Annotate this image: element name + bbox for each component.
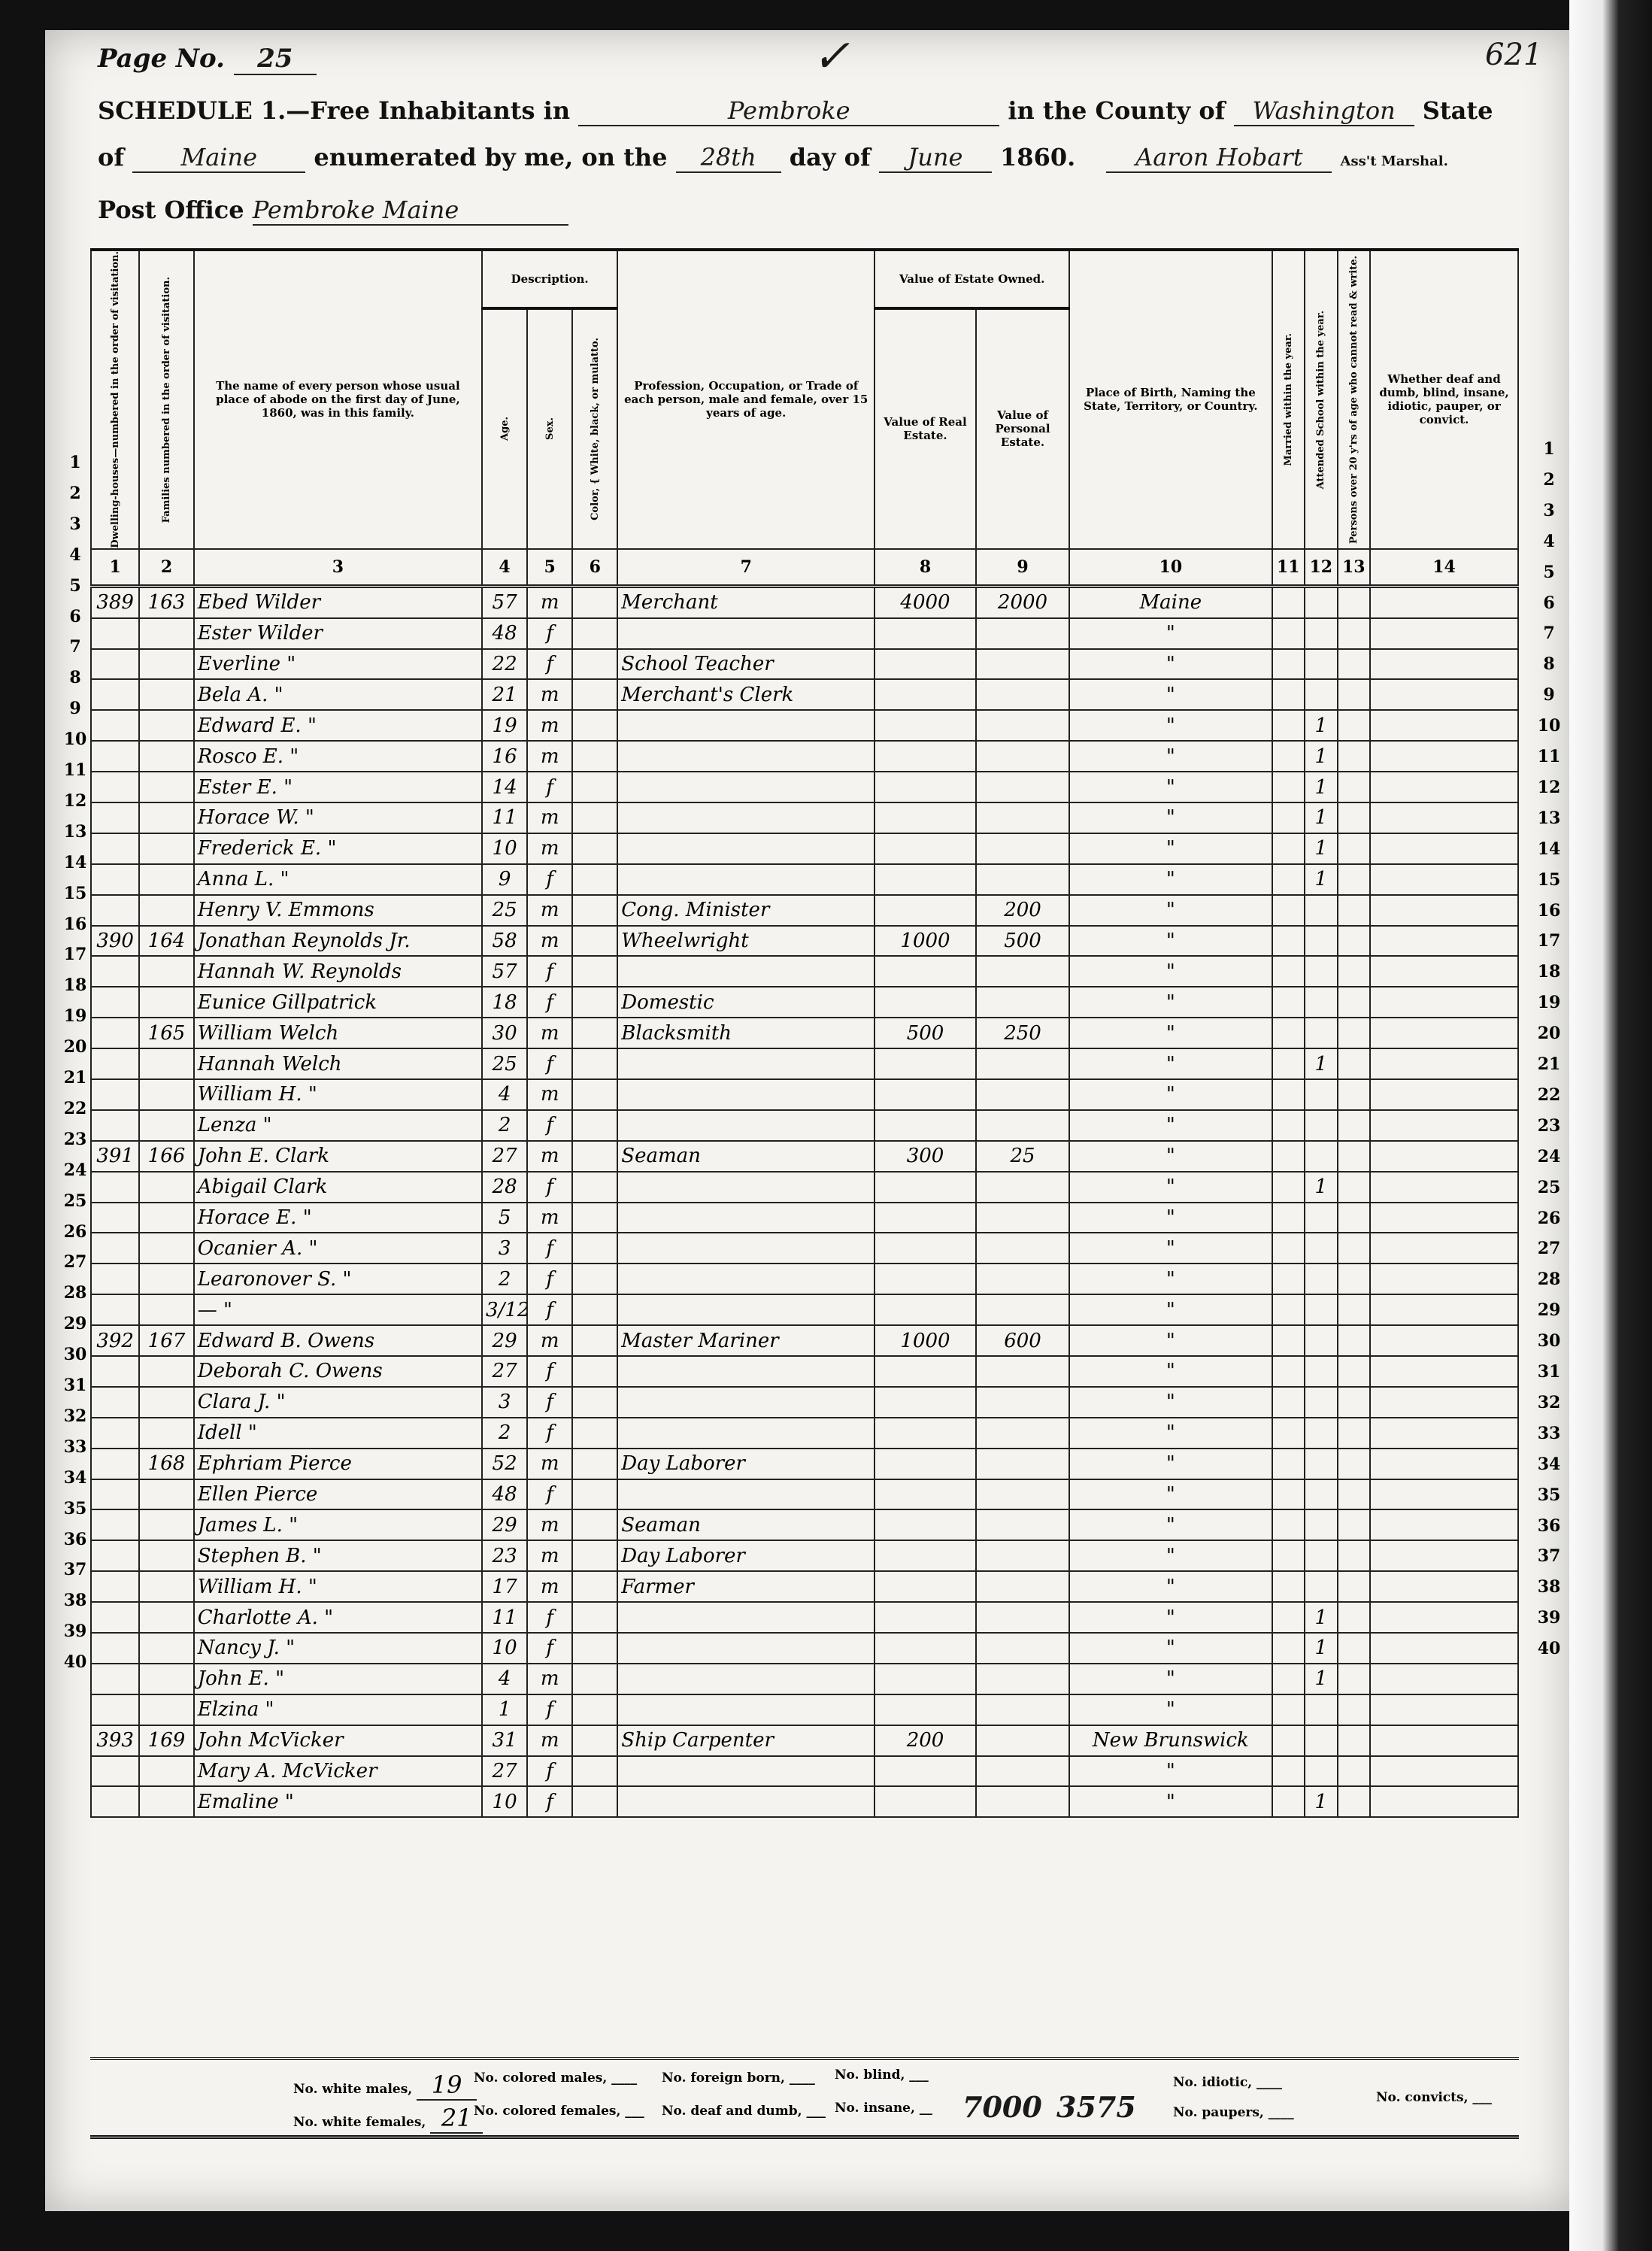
line-number: 11: [60, 760, 90, 780]
person-name: John McVicker: [194, 1725, 482, 1756]
attended-school: [1305, 1449, 1338, 1479]
cannot-read-write: [1338, 1418, 1371, 1449]
age: 25: [482, 1048, 527, 1079]
color: [572, 1571, 617, 1602]
paupers-total: No. paupers, ____: [1173, 2105, 1294, 2120]
family-number: [139, 1203, 194, 1233]
line-number: 37: [60, 1560, 90, 1579]
line-number: 34: [60, 1468, 90, 1488]
table-row: Ocanier A. "3f": [91, 1233, 1518, 1264]
sex: f: [527, 1294, 572, 1325]
col-header-birthplace: Place of Birth, Naming the State, Territ…: [1069, 250, 1272, 549]
dwelling-number: [91, 1048, 139, 1079]
condition: [1370, 741, 1518, 772]
attended-school: [1305, 1233, 1338, 1264]
sex: m: [527, 926, 572, 957]
table-row: 165William Welch30mBlacksmith500250": [91, 1018, 1518, 1048]
col-num: 5: [527, 549, 572, 587]
birthplace: ": [1069, 618, 1272, 649]
col-header-school: Attended School within the year.: [1305, 250, 1338, 549]
col-header-color: Color, { White, black, or mulatto.: [572, 308, 617, 549]
occupation: Farmer: [617, 1571, 874, 1602]
condition: [1370, 802, 1518, 833]
personal-estate-value: 250: [976, 1018, 1069, 1048]
dwelling-number: [91, 1786, 139, 1817]
line-number: 36: [60, 1530, 90, 1549]
color: [572, 1048, 617, 1079]
sex: m: [527, 1725, 572, 1756]
color: [572, 710, 617, 741]
page-totals: No. white males, 19 No. white females, 2…: [90, 2057, 1519, 2139]
married-within-year: [1272, 1633, 1305, 1664]
birthplace: ": [1069, 802, 1272, 833]
occupation: [617, 1602, 874, 1633]
enumeration-line: of Maine enumerated by me, on the 28th d…: [98, 143, 1448, 173]
table-row: Mary A. McVicker27f": [91, 1756, 1518, 1787]
line-number: 26: [1534, 1209, 1564, 1228]
dwelling-number: [91, 1203, 139, 1233]
color: [572, 926, 617, 957]
color: [572, 1540, 617, 1571]
sex: f: [527, 956, 572, 987]
table-row: Frederick E. "10m"1: [91, 833, 1518, 864]
line-number: 23: [1534, 1116, 1564, 1136]
condition: [1370, 987, 1518, 1018]
line-number: 3: [1534, 501, 1564, 520]
color: [572, 987, 617, 1018]
occupation: [617, 1479, 874, 1510]
sex: f: [527, 1786, 572, 1817]
occupation: [617, 710, 874, 741]
married-within-year: [1272, 1786, 1305, 1817]
married-within-year: [1272, 1203, 1305, 1233]
cannot-read-write: [1338, 1172, 1371, 1203]
color: [572, 1325, 617, 1356]
person-name: Abigail Clark: [194, 1172, 482, 1203]
age: 3: [482, 1387, 527, 1418]
real-estate-value: [874, 956, 976, 987]
col-header-family: Families numbered in the order of visita…: [139, 250, 194, 549]
line-number: 31: [60, 1376, 90, 1395]
birthplace: ": [1069, 1356, 1272, 1387]
birthplace: ": [1069, 1048, 1272, 1079]
line-number: 4: [60, 545, 90, 565]
attended-school: 1: [1305, 1048, 1338, 1079]
birthplace: ": [1069, 1203, 1272, 1233]
table-row: Hannah Welch25f"1: [91, 1048, 1518, 1079]
occupation: [617, 1633, 874, 1664]
birthplace: ": [1069, 1449, 1272, 1479]
person-name: Eunice Gillpatrick: [194, 987, 482, 1018]
person-name: Edward B. Owens: [194, 1325, 482, 1356]
sex: m: [527, 679, 572, 710]
color: [572, 1264, 617, 1294]
color: [572, 741, 617, 772]
attended-school: [1305, 1018, 1338, 1048]
family-number: [139, 956, 194, 987]
birthplace: ": [1069, 710, 1272, 741]
convicts-total: No. convicts, ___: [1376, 2090, 1492, 2105]
line-number: 13: [1534, 808, 1564, 828]
person-name: Anna L. ": [194, 864, 482, 895]
table-row: John E. "4m"1: [91, 1664, 1518, 1694]
dwelling-number: [91, 1356, 139, 1387]
line-number: 33: [1534, 1424, 1564, 1443]
idiotic-total: No. idiotic, ____: [1173, 2075, 1282, 2090]
married-within-year: [1272, 586, 1305, 617]
cannot-read-write: [1338, 586, 1371, 617]
sex: m: [527, 1018, 572, 1048]
personal-estate-value: [976, 1786, 1069, 1817]
personal-estate-value: [976, 679, 1069, 710]
condition: [1370, 1141, 1518, 1172]
married-within-year: [1272, 1110, 1305, 1141]
birthplace: ": [1069, 741, 1272, 772]
line-number: 33: [60, 1437, 90, 1457]
family-number: [139, 1540, 194, 1571]
folio-stamp: 621: [1485, 38, 1542, 72]
cannot-read-write: [1338, 710, 1371, 741]
real-estate-value: [874, 1356, 976, 1387]
condition: [1370, 772, 1518, 802]
color: [572, 1664, 617, 1694]
cannot-read-write: [1338, 1387, 1371, 1418]
sex: f: [527, 1387, 572, 1418]
person-name: Everline ": [194, 649, 482, 680]
line-number: 35: [60, 1499, 90, 1518]
real-estate-value: [874, 1479, 976, 1510]
family-number: [139, 649, 194, 680]
age: 10: [482, 1786, 527, 1817]
occupation: Seaman: [617, 1509, 874, 1540]
family-number: [139, 1294, 194, 1325]
condition: [1370, 1786, 1518, 1817]
birthplace: ": [1069, 833, 1272, 864]
cannot-read-write: [1338, 679, 1371, 710]
group-header-description: Description.: [482, 250, 617, 308]
line-number: 38: [60, 1591, 90, 1610]
line-number: 27: [1534, 1239, 1564, 1258]
col-header-real-estate: Value of Real Estate.: [874, 308, 976, 549]
real-estate-value: [874, 1418, 976, 1449]
line-number: 39: [60, 1622, 90, 1641]
line-number: 27: [60, 1252, 90, 1272]
married-within-year: [1272, 1509, 1305, 1540]
sex: f: [527, 1633, 572, 1664]
married-within-year: [1272, 1664, 1305, 1694]
condition: [1370, 1664, 1518, 1694]
sex: f: [527, 1694, 572, 1725]
line-number: 20: [1534, 1024, 1564, 1043]
real-estate-value: [874, 1571, 976, 1602]
person-name: Mary A. McVicker: [194, 1756, 482, 1787]
line-number: 19: [1534, 993, 1564, 1012]
col-num: 11: [1272, 549, 1305, 587]
family-number: [139, 1233, 194, 1264]
cannot-read-write: [1338, 1048, 1371, 1079]
table-row: Henry V. Emmons25mCong. Minister200": [91, 895, 1518, 926]
color: [572, 1079, 617, 1110]
condition: [1370, 1449, 1518, 1479]
of-label: of: [98, 143, 124, 171]
line-number: 29: [1534, 1300, 1564, 1320]
attended-school: [1305, 618, 1338, 649]
real-estate-value: [874, 679, 976, 710]
family-number: [139, 1356, 194, 1387]
census-table: Dwelling-houses—numbered in the order of…: [90, 248, 1519, 1818]
color: [572, 1110, 617, 1141]
marshal-label: Ass't Marshal.: [1341, 153, 1448, 169]
line-number: 24: [1534, 1147, 1564, 1166]
dwelling-number: 390: [91, 926, 139, 957]
sex: f: [527, 1356, 572, 1387]
line-number: 1: [60, 453, 90, 472]
personal-estate-value: [976, 802, 1069, 833]
sex: f: [527, 1110, 572, 1141]
occupation: [617, 1756, 874, 1787]
col-num: 13: [1338, 549, 1371, 587]
line-number: 7: [60, 637, 90, 657]
condition: [1370, 1172, 1518, 1203]
color: [572, 1694, 617, 1725]
census-rows: 389163Ebed Wilder57mMerchant40002000Main…: [91, 586, 1518, 1817]
age: 21: [482, 679, 527, 710]
line-number: 31: [1534, 1362, 1564, 1382]
table-row: 391166John E. Clark27mSeaman30025": [91, 1141, 1518, 1172]
occupation: Merchant's Clerk: [617, 679, 874, 710]
dwelling-number: [91, 1418, 139, 1449]
attended-school: [1305, 1110, 1338, 1141]
occupation: Day Laborer: [617, 1540, 874, 1571]
real-estate-sum: 7000: [962, 2090, 1042, 2124]
line-number: 30: [1534, 1331, 1564, 1351]
married-within-year: [1272, 864, 1305, 895]
line-number: 6: [1534, 593, 1564, 613]
line-number: 17: [60, 945, 90, 964]
age: 52: [482, 1449, 527, 1479]
family-number: [139, 1048, 194, 1079]
white-males-total: No. white males, 19: [293, 2070, 477, 2101]
married-within-year: [1272, 1694, 1305, 1725]
table-row: Anna L. "9f"1: [91, 864, 1518, 895]
personal-estate-value: [976, 1079, 1069, 1110]
married-within-year: [1272, 1449, 1305, 1479]
married-within-year: [1272, 679, 1305, 710]
page-label: Page No.: [98, 44, 225, 74]
col-header-sex: Sex.: [527, 308, 572, 549]
age: 2: [482, 1418, 527, 1449]
age: 28: [482, 1172, 527, 1203]
condition: [1370, 1540, 1518, 1571]
line-number: 18: [1534, 962, 1564, 981]
birthplace: ": [1069, 1264, 1272, 1294]
col-num: 7: [617, 549, 874, 587]
occupation: [617, 1172, 874, 1203]
birthplace: ": [1069, 926, 1272, 957]
person-name: Hannah W. Reynolds: [194, 956, 482, 987]
family-number: [139, 1571, 194, 1602]
real-estate-value: 500: [874, 1018, 976, 1048]
age: 14: [482, 772, 527, 802]
sex: m: [527, 586, 572, 617]
occupation: [617, 1387, 874, 1418]
col-num: 10: [1069, 549, 1272, 587]
dwelling-number: [91, 1756, 139, 1787]
person-name: Ester E. ": [194, 772, 482, 802]
occupation: [617, 772, 874, 802]
line-number: 35: [1534, 1485, 1564, 1505]
line-number: 10: [60, 730, 90, 749]
age: 2: [482, 1110, 527, 1141]
birthplace: ": [1069, 1325, 1272, 1356]
attended-school: 1: [1305, 1786, 1338, 1817]
birthplace: Maine: [1069, 586, 1272, 617]
attended-school: [1305, 1356, 1338, 1387]
attended-school: 1: [1305, 1602, 1338, 1633]
dwelling-number: [91, 1602, 139, 1633]
birthplace: ": [1069, 649, 1272, 680]
attended-school: [1305, 987, 1338, 1018]
real-estate-value: [874, 1786, 976, 1817]
condition: [1370, 1048, 1518, 1079]
dwelling-number: [91, 741, 139, 772]
cannot-read-write: [1338, 1664, 1371, 1694]
personal-estate-value: [976, 1387, 1069, 1418]
occupation: [617, 864, 874, 895]
attended-school: 1: [1305, 741, 1338, 772]
line-number: 34: [1534, 1455, 1564, 1474]
table-row: 389163Ebed Wilder57mMerchant40002000Main…: [91, 586, 1518, 617]
real-estate-value: 1000: [874, 926, 976, 957]
family-number: 167: [139, 1325, 194, 1356]
married-within-year: [1272, 1141, 1305, 1172]
color: [572, 679, 617, 710]
birthplace: ": [1069, 1756, 1272, 1787]
personal-estate-value: 2000: [976, 586, 1069, 617]
birthplace: ": [1069, 1079, 1272, 1110]
line-number: 8: [1534, 654, 1564, 674]
table-row: Rosco E. "16m"1: [91, 741, 1518, 772]
line-number: 26: [60, 1222, 90, 1242]
real-estate-value: 1000: [874, 1325, 976, 1356]
table-row: 390164Jonathan Reynolds Jr.58mWheelwrigh…: [91, 926, 1518, 957]
attended-school: [1305, 1725, 1338, 1756]
occupation: [617, 1079, 874, 1110]
married-within-year: [1272, 710, 1305, 741]
condition: [1370, 926, 1518, 957]
deaf-dumb-total: No. deaf and dumb, ___: [662, 2104, 826, 2119]
attended-school: [1305, 1509, 1338, 1540]
condition: [1370, 1233, 1518, 1264]
birthplace: ": [1069, 1018, 1272, 1048]
foreign-born-total: No. foreign born, ____: [662, 2070, 815, 2086]
family-number: [139, 864, 194, 895]
insane-total: No. insane, __: [835, 2101, 932, 2116]
real-estate-value: [874, 987, 976, 1018]
married-within-year: [1272, 1725, 1305, 1756]
line-number: 15: [1534, 870, 1564, 890]
person-name: Horace W. ": [194, 802, 482, 833]
person-name: Deborah C. Owens: [194, 1356, 482, 1387]
color: [572, 1633, 617, 1664]
color: [572, 1509, 617, 1540]
condition: [1370, 1018, 1518, 1048]
color: [572, 1141, 617, 1172]
dwelling-number: [91, 1449, 139, 1479]
age: 10: [482, 833, 527, 864]
col-header-occupation: Profession, Occupation, or Trade of each…: [617, 250, 874, 549]
line-number: 32: [1534, 1393, 1564, 1412]
line-number: 16: [60, 915, 90, 934]
table-row: — "3/12f": [91, 1294, 1518, 1325]
family-number: [139, 1694, 194, 1725]
personal-estate-value: [976, 1172, 1069, 1203]
line-number: 21: [60, 1068, 90, 1088]
occupation: [617, 1356, 874, 1387]
sex: m: [527, 1449, 572, 1479]
table-row: 168Ephriam Pierce52mDay Laborer": [91, 1449, 1518, 1479]
col-num: 12: [1305, 549, 1338, 587]
sex: m: [527, 895, 572, 926]
person-name: John E. ": [194, 1664, 482, 1694]
condition: [1370, 1356, 1518, 1387]
occupation: [617, 1233, 874, 1264]
personal-estate-value: [976, 741, 1069, 772]
birthplace: ": [1069, 1509, 1272, 1540]
age: 11: [482, 802, 527, 833]
color: [572, 586, 617, 617]
line-number: 37: [1534, 1546, 1564, 1566]
person-name: Edward E. ": [194, 710, 482, 741]
age: 4: [482, 1079, 527, 1110]
schedule-title-line: SCHEDULE 1.—Free Inhabitants in Pembroke…: [98, 96, 1493, 126]
condition: [1370, 956, 1518, 987]
sex: m: [527, 1203, 572, 1233]
person-name: Hannah Welch: [194, 1048, 482, 1079]
dwelling-number: [91, 802, 139, 833]
personal-estate-value: [976, 1756, 1069, 1787]
line-number: 25: [60, 1191, 90, 1211]
personal-estate-value: [976, 1664, 1069, 1694]
colored-males-total: No. colored males, ____: [474, 2070, 637, 2086]
person-name: Horace E. ": [194, 1203, 482, 1233]
sex: f: [527, 1418, 572, 1449]
line-number: 3: [60, 514, 90, 534]
family-number: [139, 987, 194, 1018]
age: 9: [482, 864, 527, 895]
color: [572, 1203, 617, 1233]
dwelling-number: [91, 1664, 139, 1694]
person-name: Stephen B. ": [194, 1540, 482, 1571]
real-estate-value: [874, 1509, 976, 1540]
table-row: Hannah W. Reynolds57f": [91, 956, 1518, 987]
line-number: 25: [1534, 1178, 1564, 1197]
dwelling-number: [91, 679, 139, 710]
real-estate-value: [874, 741, 976, 772]
real-estate-value: [874, 895, 976, 926]
married-within-year: [1272, 802, 1305, 833]
condition: [1370, 1418, 1518, 1449]
dwelling-number: [91, 1509, 139, 1540]
married-within-year: [1272, 1233, 1305, 1264]
table-row: Deborah C. Owens27f": [91, 1356, 1518, 1387]
color: [572, 1786, 617, 1817]
state-label: State: [1423, 96, 1493, 125]
marshal-name: Aaron Hobart: [1106, 143, 1332, 173]
condition: [1370, 1602, 1518, 1633]
person-name: Bela A. ": [194, 679, 482, 710]
dwelling-number: [91, 710, 139, 741]
